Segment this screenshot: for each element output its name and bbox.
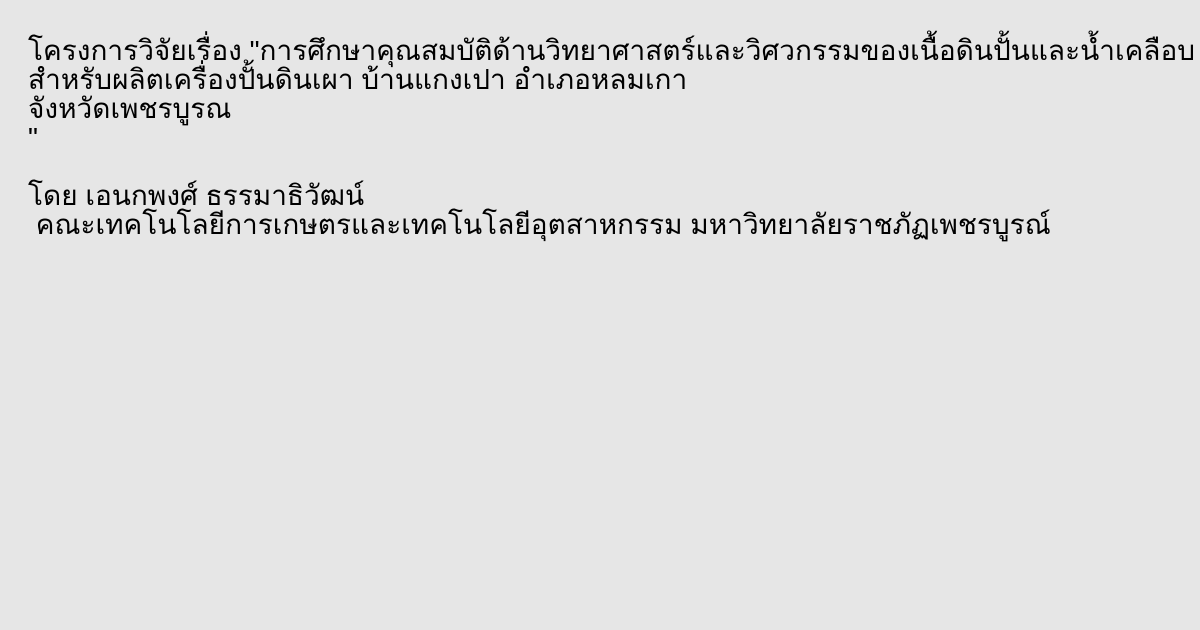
research-title: โครงการวิจัยเรื่อง "การศึกษาคุณสมบัติด้า… [28,36,1190,152]
spacer-line [28,152,1190,181]
text-block: โครงการวิจัยเรื่อง "การศึกษาคุณสมบัติด้า… [28,36,1190,239]
title-closing-quote: " [28,123,1190,152]
title-line-3: จังหวัดเพชรบูรณ [28,94,1190,123]
page: โครงการวิจัยเรื่อง "การศึกษาคุณสมบัติด้า… [0,0,1200,630]
affiliation-line: คณะเทคโนโลยีการเกษตรและเทคโนโลยีอุตสาหกร… [28,210,1190,239]
author-line: โดย เอนกพงศ์ ธรรมาธิวัฒน์ [28,181,1190,210]
title-line-2: สำหรับผลิตเครื่องปั้นดินเผา บ้านแกงเปา อ… [28,65,1190,94]
title-line-1: โครงการวิจัยเรื่อง "การศึกษาคุณสมบัติด้า… [28,36,1190,65]
